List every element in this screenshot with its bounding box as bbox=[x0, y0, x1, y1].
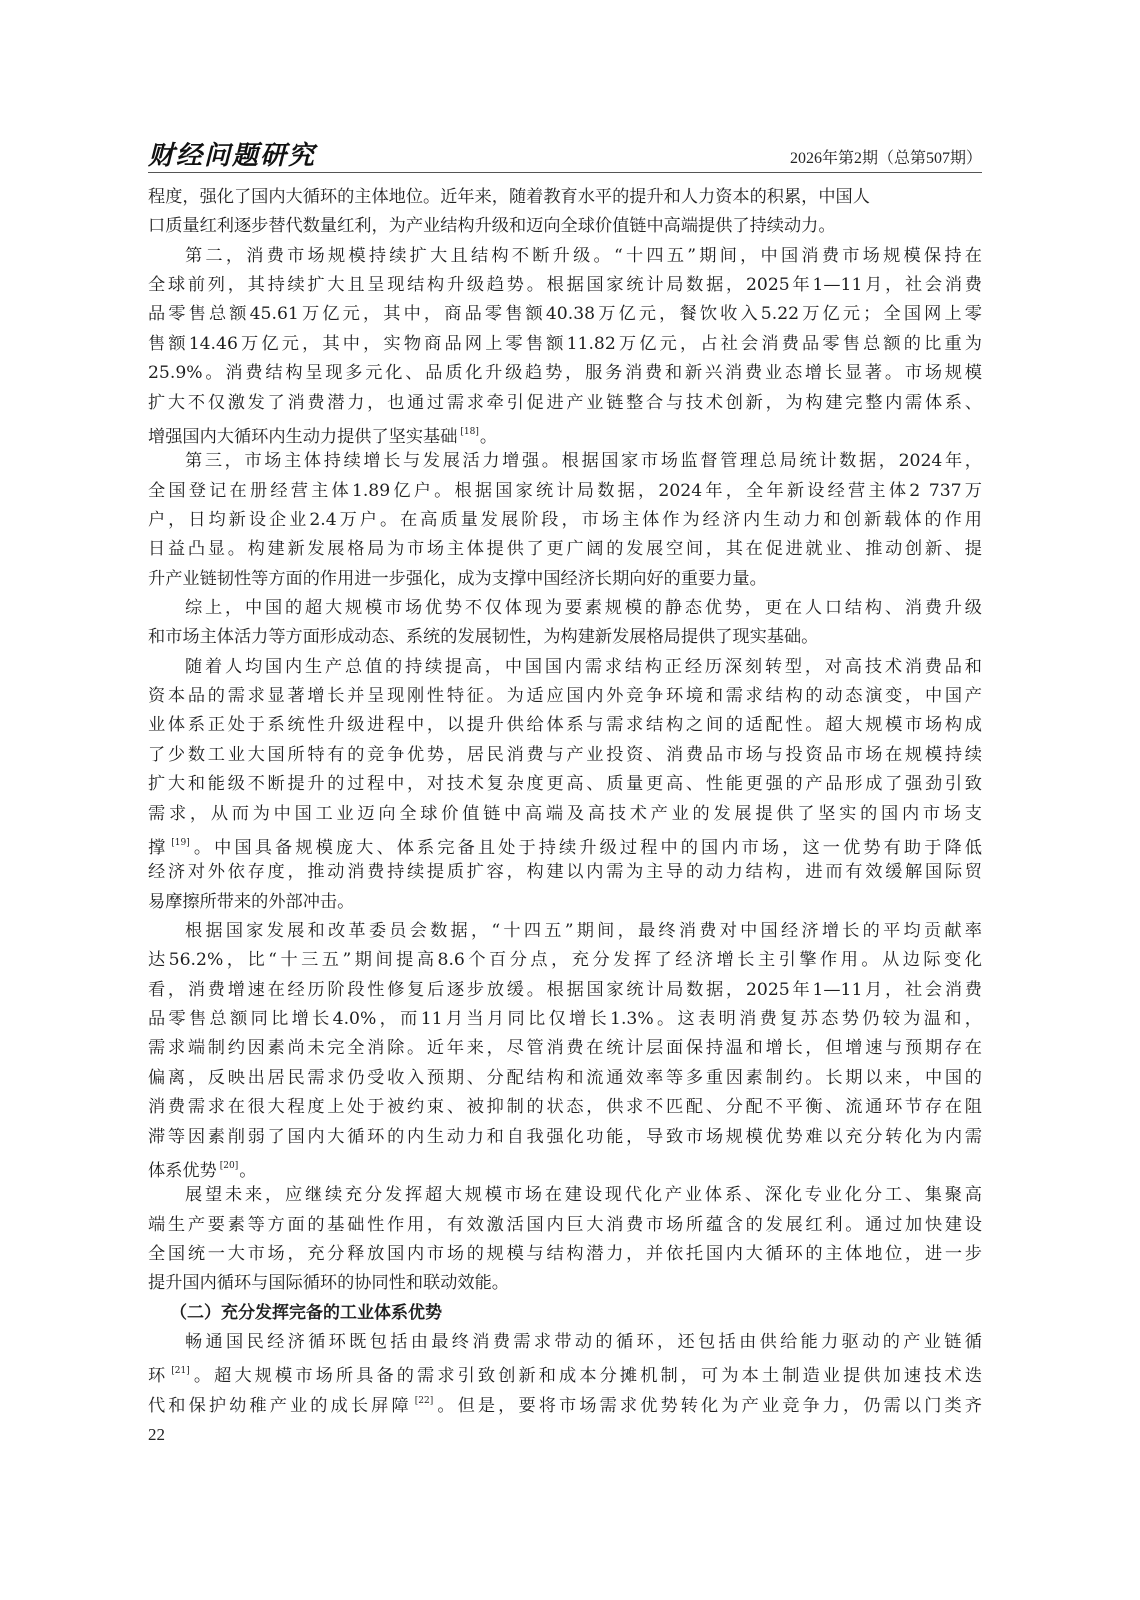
text-line: 易摩擦所带来的外部冲击。 bbox=[148, 888, 982, 917]
paragraph-start: 综上，中国的超大规模市场优势不仅体现为要素规模的静态优势，更在人口结构、消费升级 bbox=[148, 594, 982, 623]
journal-title: 财经问题研究 bbox=[148, 135, 316, 172]
paragraph-start: 随着人均国内生产总值的持续提高，中国国内需求结构正经历深刻转型，对高技术消费品和 bbox=[148, 653, 982, 682]
text-line: 升产业链韧性等方面的作用进一步强化，成为支撑中国经济长期向好的重要力量。 bbox=[148, 565, 982, 594]
text-line: 提升国内循环与国际循环的协同性和联动效能。 bbox=[148, 1269, 982, 1298]
text-line: 消费需求在很大程度上处于被约束、被抑制的状态，供求不匹配、分配不平衡、流通环节存… bbox=[148, 1093, 982, 1122]
text-line: 经济对外依存度，推动消费持续提质扩容，构建以内需为主导的动力结构，进而有效缓解国… bbox=[148, 858, 982, 887]
citation-ref-22[interactable]: [22] bbox=[415, 1396, 433, 1406]
text-line: 了少数工业大国所特有的竞争优势，居民消费与产业投资、消费品市场与投资品市场在规模… bbox=[148, 741, 982, 770]
text-line: 需求，从而为中国工业迈向全球价值链中高端及高技术产业的发展提供了坚实的国内市场支 bbox=[148, 800, 982, 829]
section-heading: （二）充分发挥完备的工业体系优势 bbox=[148, 1299, 982, 1328]
text-line: 撑[19]。中国具备规模庞大、体系完备且处于持续升级过程中的国内市场，这一优势有… bbox=[148, 829, 982, 858]
text-line: 全国统一大市场，充分释放国内市场的规模与结构潜力，并依托国内大循环的主体地位，进… bbox=[148, 1240, 982, 1269]
text-line: 日益凸显。构建新发展格局为市场主体提供了更广阔的发展空间，其在促进就业、推动创新… bbox=[148, 535, 982, 564]
text-line: 扩大和能级不断提升的过程中，对技术复杂度更高、质量更高、性能更强的产品形成了强劲… bbox=[148, 770, 982, 799]
text-line: 全球前列，其持续扩大且呈现结构升级趋势。根据国家统计局数据，2025年1—11月… bbox=[148, 271, 982, 300]
paragraph-start: 根据国家发展和改革委员会数据，“十四五”期间，最终消费对中国经济增长的平均贡献率 bbox=[148, 917, 982, 946]
text-line: 看，消费增速在经历阶段性修复后逐步放缓。根据国家统计局数据，2025年1—11月… bbox=[148, 976, 982, 1005]
paragraph-start: 第三，市场主体持续增长与发展活力增强。根据国家市场监督管理总局统计数据，2024… bbox=[148, 447, 982, 476]
text-line: 户，日均新设企业2.4万户。在高质量发展阶段，市场主体作为经济内生动力和创新载体… bbox=[148, 506, 982, 535]
article-body: 程度，强化了国内大循环的主体地位。近年来，随着教育水平的提升和人力资本的积累，中… bbox=[148, 183, 982, 1416]
text-line: 代和保护幼稚产业的成长屏障[22]。但是，要将市场需求优势转化为产业竞争力，仍需… bbox=[148, 1387, 982, 1416]
text-line: 全国登记在册经营主体1.89亿户。根据国家统计局数据，2024年，全年新设经营主… bbox=[148, 477, 982, 506]
text-line: 增强国内大循环内生动力提供了坚实基础[18]。 bbox=[148, 418, 982, 447]
text-line: 业体系正处于系统性升级进程中，以提升供给体系与需求结构之间的适配性。超大规模市场… bbox=[148, 711, 982, 740]
running-header: 财经问题研究 2026年第2期（总第507期） bbox=[148, 133, 982, 173]
text-line: 滞等因素削弱了国内大循环的内生动力和自我强化功能，导致市场规模优势难以充分转化为… bbox=[148, 1123, 982, 1152]
text-line: 端生产要素等方面的基础性作用，有效激活国内巨大消费市场所蕴含的发展红利。通过加快… bbox=[148, 1211, 982, 1240]
text-line: 和市场主体活力等方面形成动态、系统的发展韧性，为构建新发展格局提供了现实基础。 bbox=[148, 623, 982, 652]
citation-ref-19[interactable]: [19] bbox=[171, 838, 189, 848]
paragraph-start: 展望未来，应继续充分发挥超大规模市场在建设现代化产业体系、深化专业化分工、集聚高 bbox=[148, 1181, 982, 1210]
citation-ref-18[interactable]: [18] bbox=[460, 427, 478, 437]
text-line: 环[21]。超大规模市场所具备的需求引致创新和成本分摊机制，可为本土制造业提供加… bbox=[148, 1357, 982, 1386]
text-line: 资本品的需求显著增长并呈现刚性特征。为适应国内外竞争环境和需求结构的动态演变，中… bbox=[148, 682, 982, 711]
text-line: 口质量红利逐步替代数量红利，为产业结构升级和迈向全球价值链中高端提供了持续动力。 bbox=[148, 212, 982, 241]
citation-ref-21[interactable]: [21] bbox=[171, 1366, 189, 1376]
text-line: 达56.2%，比“十三五”期间提高8.6个百分点，充分发挥了经济增长主引擎作用。… bbox=[148, 946, 982, 975]
citation-ref-20[interactable]: [20] bbox=[220, 1161, 238, 1171]
text-line: 品零售总额45.61万亿元，其中，商品零售额40.38万亿元，餐饮收入5.22万… bbox=[148, 300, 982, 329]
text-line: 偏离，反映出居民需求仍受收入预期、分配结构和流通效率等多重因素制约。长期以来，中… bbox=[148, 1064, 982, 1093]
text-line: 品零售总额同比增长4.0%，而11月当月同比仅增长1.3%。这表明消费复苏态势仍… bbox=[148, 1005, 982, 1034]
text-line: 程度，强化了国内大循环的主体地位。近年来，随着教育水平的提升和人力资本的积累，中… bbox=[148, 183, 982, 212]
issue-info: 2026年第2期（总第507期） bbox=[790, 145, 982, 168]
page-number: 22 bbox=[148, 1425, 165, 1445]
text-line: 售额14.46万亿元，其中，实物商品网上零售额11.82万亿元，占社会消费品零售… bbox=[148, 330, 982, 359]
text-line: 体系优势[20]。 bbox=[148, 1152, 982, 1181]
text-line: 需求端制约因素尚未完全消除。近年来，尽管消费在统计层面保持温和增长，但增速与预期… bbox=[148, 1034, 982, 1063]
text-line: 25.9%。消费结构呈现多元化、品质化升级趋势，服务消费和新兴消费业态增长显著。… bbox=[148, 359, 982, 388]
paragraph-start: 畅通国民经济循环既包括由最终消费需求带动的循环，还包括由供给能力驱动的产业链循 bbox=[148, 1328, 982, 1357]
paragraph-start: 第二，消费市场规模持续扩大且结构不断升级。“十四五”期间，中国消费市场规模保持在 bbox=[148, 242, 982, 271]
text-line: 扩大不仅激发了消费潜力，也通过需求牵引促进产业链整合与技术创新，为构建完整内需体… bbox=[148, 389, 982, 418]
